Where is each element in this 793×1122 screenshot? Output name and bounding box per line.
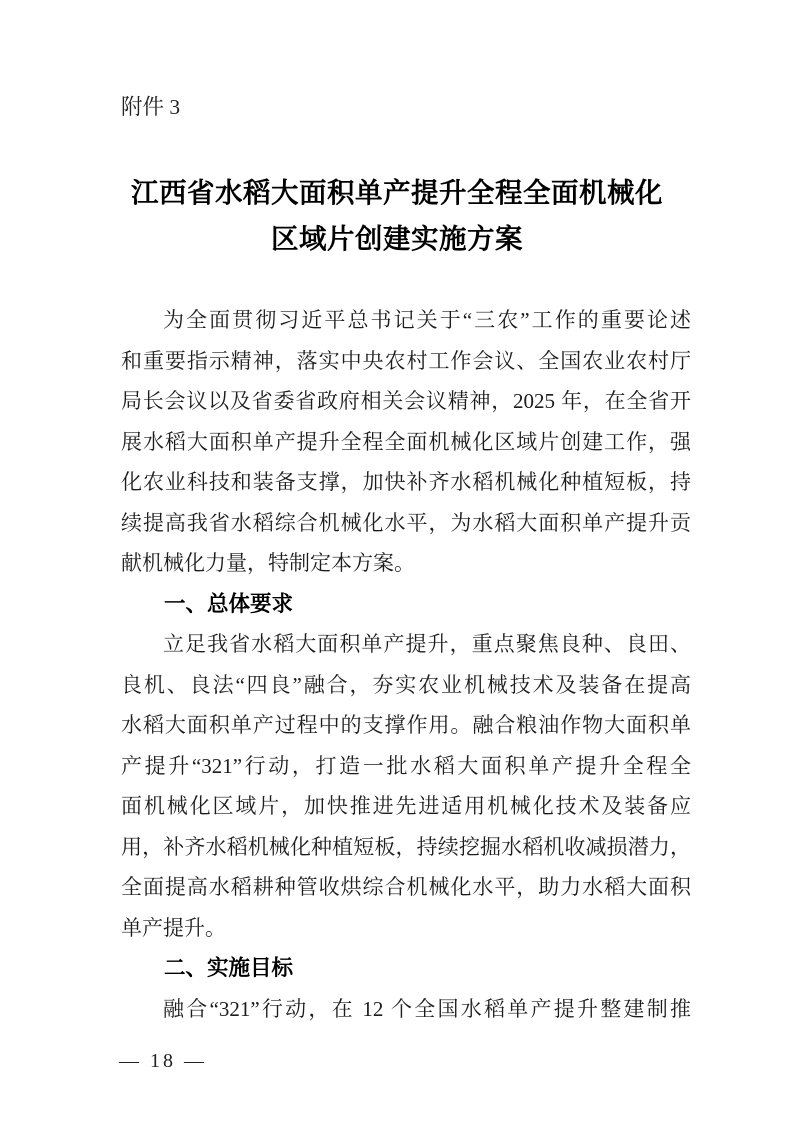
text-line: 展水稻大面积单产提升全程全面机械化区域片创建工作，强 [121,422,691,463]
document-body: 为全面贯彻习近平总书记关于“三农”工作的重要论述和重要指示精神，落实中央农村工作… [121,300,691,1029]
text-line: 产提升“321”行动，打造一批水稻大面积单产提升全程全 [121,746,691,787]
section-1-paragraph: 立足我省水稻大面积单产提升，重点聚焦良种、良田、良机、良法“四良”融合，夯实农业… [121,624,691,948]
text-line: 献机械化力量，特制定本方案。 [121,543,691,584]
text-line: 面机械化区域片，加快推进先进适用机械化技术及装备应 [121,786,691,827]
text-line: 立足我省水稻大面积单产提升，重点聚焦良种、良田、 [121,624,691,665]
title-line-1: 江西省水稻大面积单产提升全程全面机械化 [111,170,683,216]
document-page: 附件 3 江西省水稻大面积单产提升全程全面机械化 区域片创建实施方案 为全面贯彻… [0,0,793,1122]
text-line: 全面提高水稻耕种管收烘综合机械化水平，助力水稻大面积 [121,867,691,908]
text-line: 单产提升。 [121,908,691,949]
section-heading-1: 一、总体要求 [121,584,691,625]
page-number: — 18 — [119,1048,207,1074]
attachment-label: 附件 3 [121,92,180,122]
text-line: 和重要指示精神，落实中央农村工作会议、全国农业农村厅 [121,341,691,382]
text-line: 用，补齐水稻机械化种植短板，持续挖掘水稻机收减损潜力， [121,827,691,868]
document-title: 江西省水稻大面积单产提升全程全面机械化 区域片创建实施方案 [111,170,683,262]
text-line: 为全面贯彻习近平总书记关于“三农”工作的重要论述 [121,300,691,341]
text-line: 续提高我省水稻综合机械化水平，为水稻大面积单产提升贡 [121,503,691,544]
text-line: 融合“321”行动，在 12 个全国水稻单产提升整建制推 [121,989,691,1030]
section-2-paragraph: 融合“321”行动，在 12 个全国水稻单产提升整建制推 [121,989,691,1030]
intro-paragraph: 为全面贯彻习近平总书记关于“三农”工作的重要论述和重要指示精神，落实中央农村工作… [121,300,691,584]
section-heading-2: 二、实施目标 [121,948,691,989]
text-line: 化农业科技和装备支撑，加快补齐水稻机械化种植短板，持 [121,462,691,503]
text-line: 局长会议以及省委省政府相关会议精神，2025 年，在全省开 [121,381,691,422]
text-line: 水稻大面积单产过程中的支撑作用。融合粮油作物大面积单 [121,705,691,746]
title-line-2: 区域片创建实施方案 [111,216,683,262]
text-line: 良机、良法“四良”融合，夯实农业机械技术及装备在提高 [121,665,691,706]
